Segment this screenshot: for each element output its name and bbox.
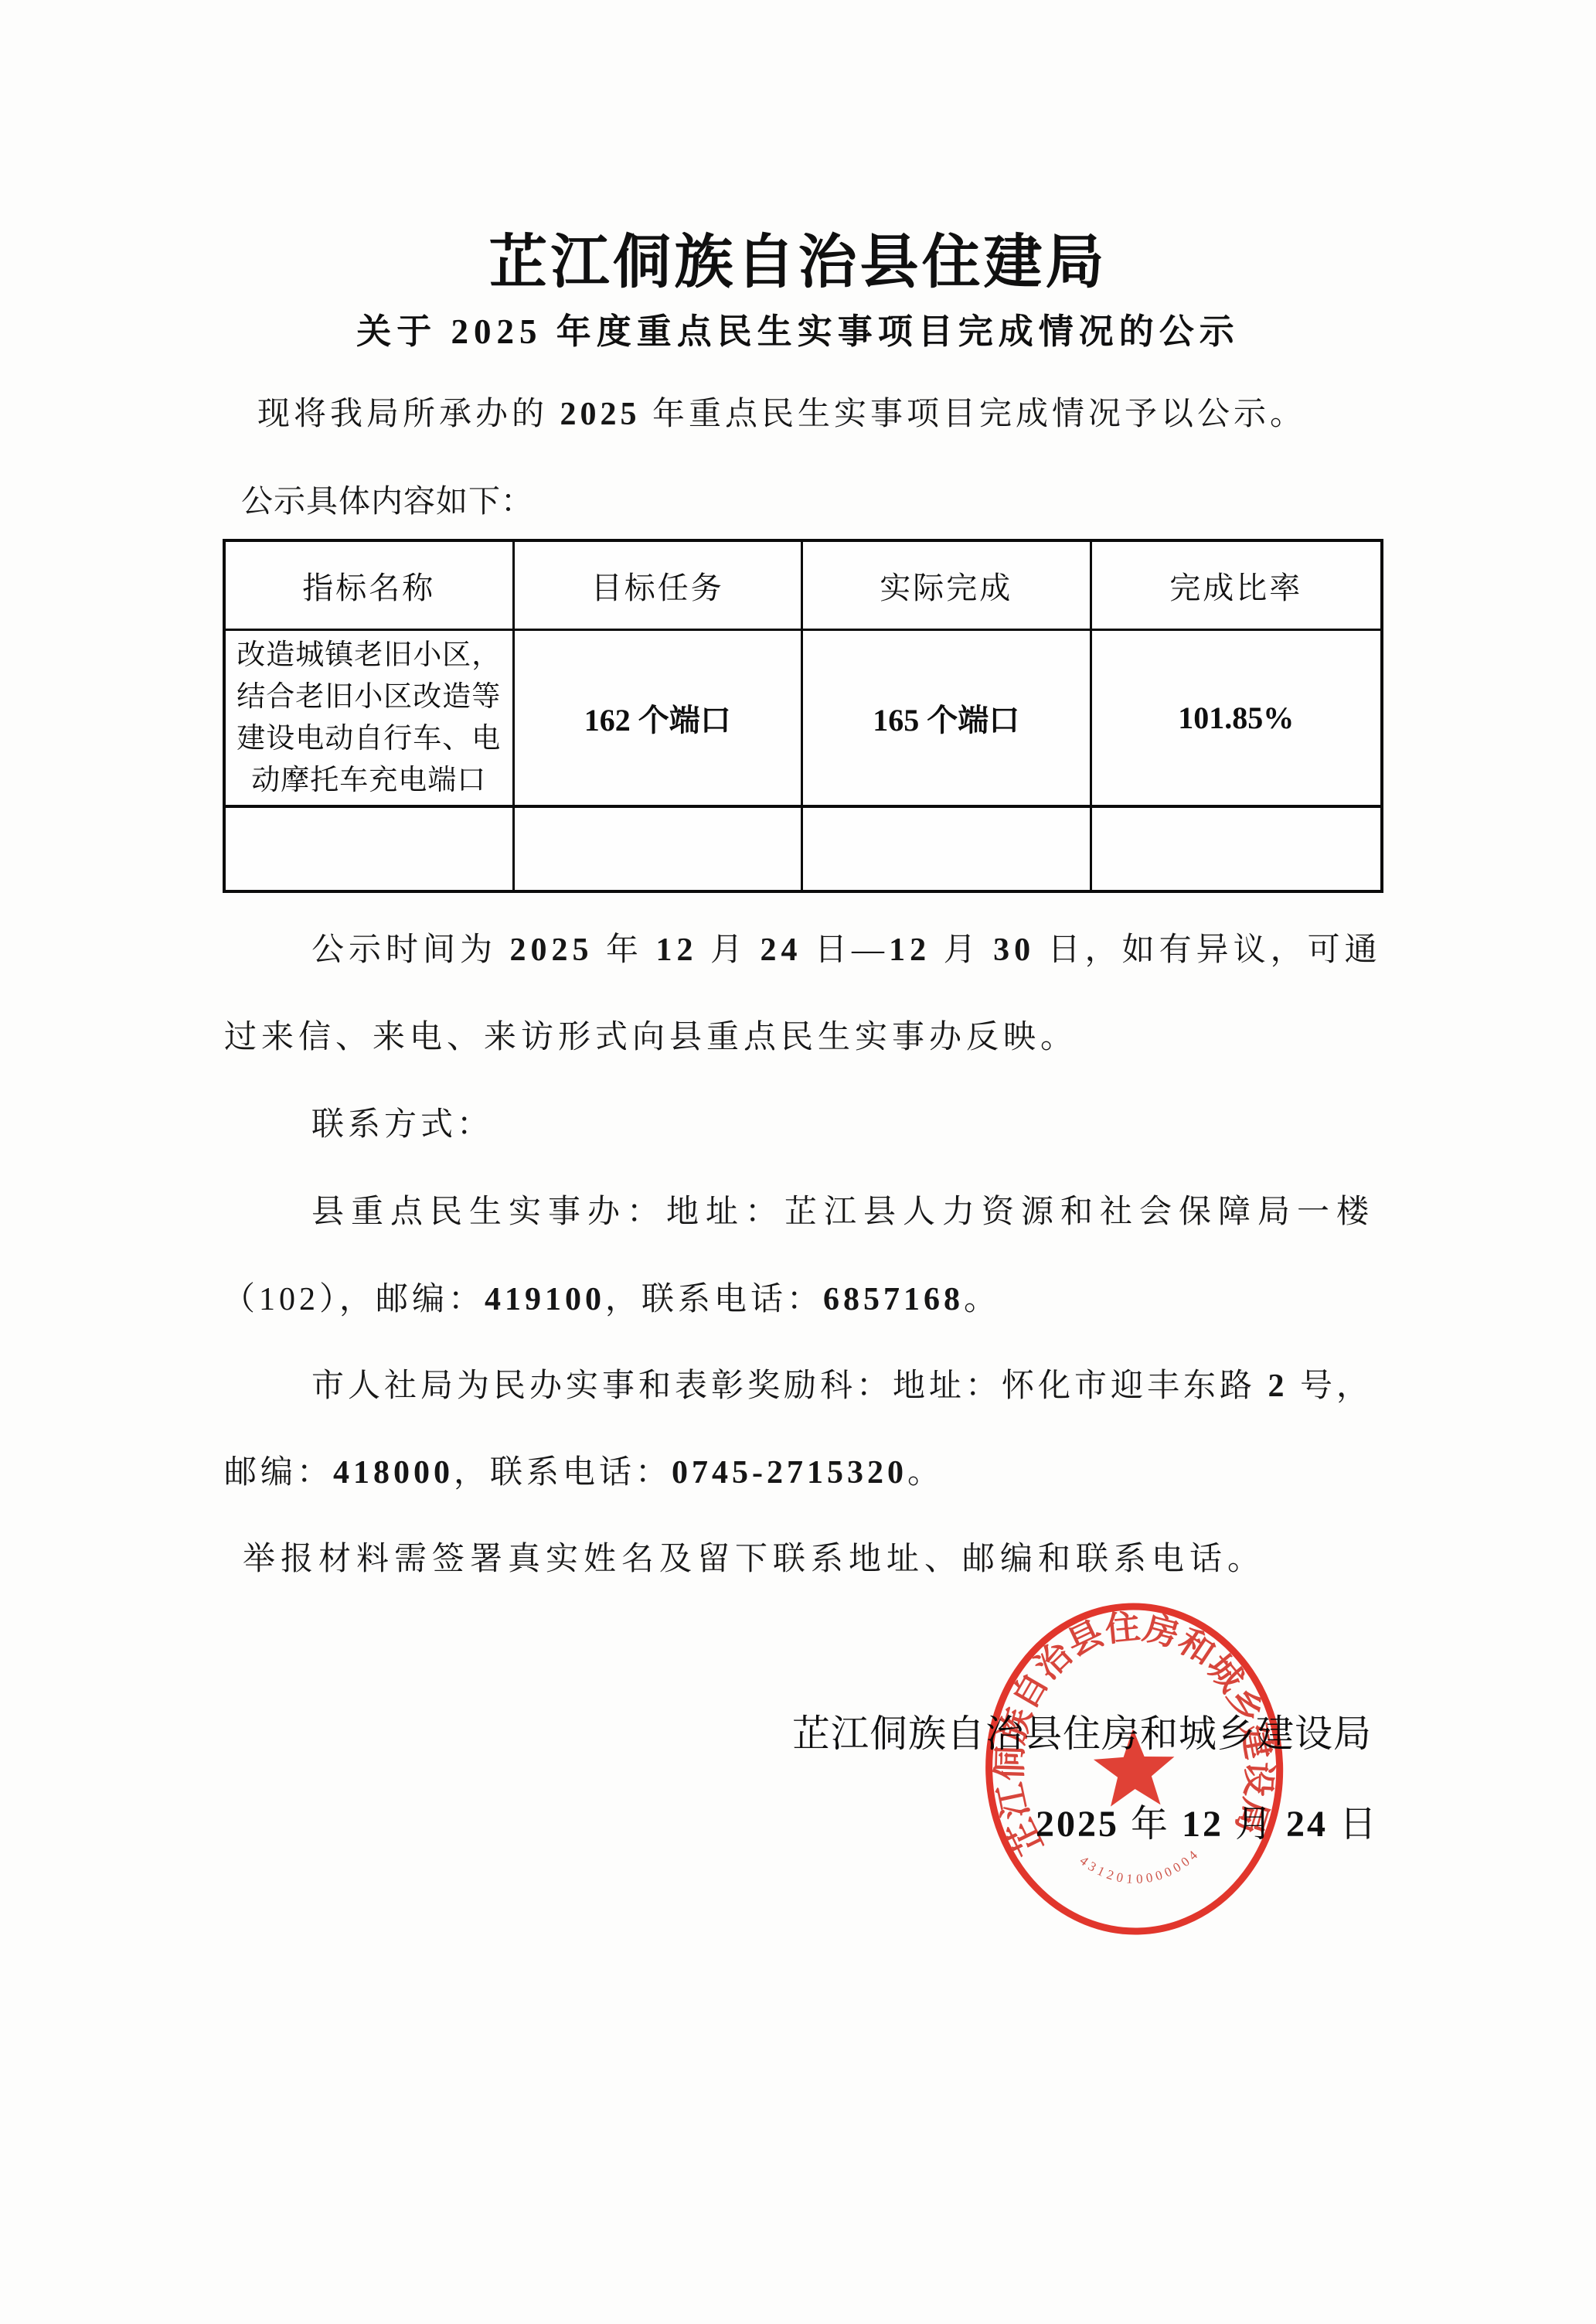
table-empty-cell-indicator	[226, 808, 515, 890]
seal-code-text: 4312010000004	[1077, 1847, 1202, 1888]
table-cell-indicator: 改造城镇老旧小区，结合老旧小区改造等建设电动自行车、电动摩托车充电端口	[226, 631, 515, 808]
body-line-publicity-period: 公示时间为 2025 年 12 月 24 日—12 月 30 日，如有异议，可通	[311, 930, 1382, 970]
document-page: 芷江侗族自治县住建局 关于 2025 年度重点民生实事项目完成情况的公示 现将我…	[0, 0, 1596, 2324]
table-cell-actual: 165 个端口	[803, 631, 1092, 808]
table-header-indicator: 指标名称	[226, 542, 515, 631]
body-line-report-requirement: 举报材料需签署真实姓名及留下联系地址、邮编和联系电话。	[243, 1539, 1265, 1579]
seal-star-icon	[1093, 1727, 1176, 1807]
table-empty-cell-target	[515, 808, 804, 890]
official-seal: 芷江侗族自治县住房和城乡建设局 4312010000004	[942, 1569, 1327, 1984]
intro-paragraph: 现将我局所承办的 2025 年重点民生实事项目完成情况予以公示。	[257, 394, 1306, 434]
table-cell-target: 162 个端口	[515, 631, 804, 808]
body-line-feedback-channels: 过来信、来电、来访形式向县重点民生实事办反映。	[224, 1017, 1077, 1058]
table-cell-ratio: 101.85%	[1092, 631, 1381, 808]
body-line-city-bureau-phone: 邮编：418000，联系电话：0745-2715320。	[224, 1453, 944, 1493]
table-header-actual: 实际完成	[803, 542, 1092, 631]
table-empty-cell-actual	[803, 808, 1092, 890]
body-line-contact-heading: 联系方式：	[311, 1105, 493, 1145]
completion-table: 指标名称 目标任务 实际完成 完成比率 改造城镇老旧小区，结合老旧小区改造等建设…	[223, 539, 1383, 893]
lead-paragraph: 公示具体内容如下：	[241, 481, 533, 521]
body-line-county-office-address: 县重点民生实事办：地址：芷江县人力资源和社会保障局一楼	[311, 1192, 1376, 1232]
document-subtitle: 关于 2025 年度重点民生实事项目完成情况的公示	[0, 303, 1596, 353]
table-header-target: 目标任务	[515, 542, 804, 631]
body-line-city-bureau-address: 市人社局为民办实事和表彰奖励科：地址：怀化市迎丰东路 2 号，	[311, 1366, 1373, 1406]
document-title: 芷江侗族自治县住建局	[0, 215, 1596, 299]
table-header-ratio: 完成比率	[1092, 542, 1381, 631]
body-line-county-office-phone: （102），邮编：419100，联系电话：6857168。	[223, 1280, 1000, 1320]
table-empty-cell-ratio	[1092, 808, 1381, 890]
